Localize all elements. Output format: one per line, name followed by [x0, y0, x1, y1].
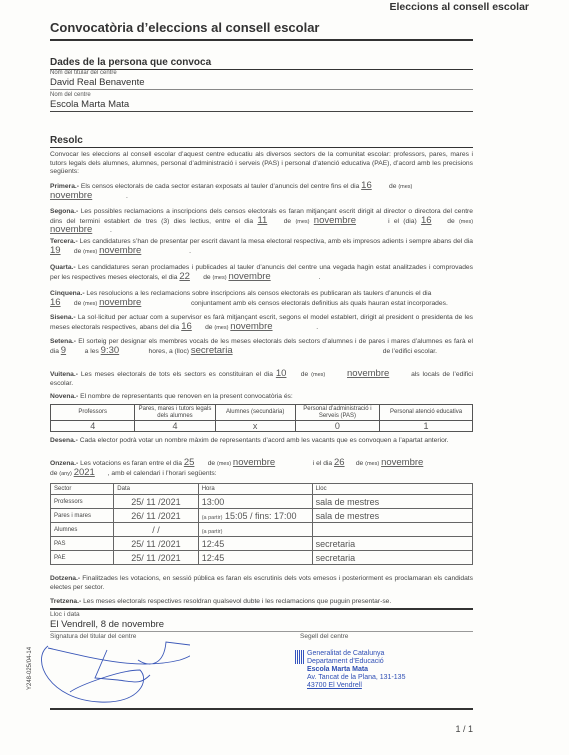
clause-sisena: Sisena.- La sol·licitud per actuar com a… — [50, 314, 473, 332]
holder-label: Nom del titular del centre — [50, 70, 117, 76]
date-cell: 25/ 11 /2021 — [114, 537, 198, 551]
form-code: Y248-025/04-14 — [27, 647, 33, 690]
clause-tercera: Tercera.- Les candidatures s’han de pres… — [50, 238, 473, 256]
month-field: novembre — [233, 459, 311, 468]
table-row: Alumnes/ /(a partir) — [51, 523, 473, 537]
time-cell: 12:45 — [198, 537, 312, 551]
year-field: 2021 — [74, 469, 108, 478]
header-pas: Personal d’administració i Serveis (PAS) — [295, 405, 379, 421]
header-professors: Professors — [51, 405, 135, 421]
place-cell: sala de mestres — [312, 509, 472, 523]
place-field: secretaria — [191, 347, 381, 356]
header-sector: Sector — [51, 484, 114, 495]
clause-dotzena: Dotzena.- Finalitzades les votacions, en… — [50, 575, 473, 592]
table-row: Professors25/ 11 /2021 13:00sala de mest… — [51, 495, 473, 509]
day-field: 16 — [421, 217, 443, 226]
intro-text: Convocar les eleccions al consell escola… — [50, 151, 473, 177]
table-row: PAE25/ 11 /2021 12:45secretaria — [51, 551, 473, 565]
month-field: novembre — [50, 226, 110, 235]
clause-novena: Novena.- El nombre de representants que … — [50, 393, 473, 402]
time-cell: 13:00 — [198, 495, 312, 509]
sector-cell: PAS — [51, 537, 114, 551]
month-field: novembre — [314, 217, 384, 226]
seal-label: Segell del centre — [300, 633, 348, 640]
date-cell: 25/ 11 /2021 — [114, 495, 198, 509]
header-place: Lloc — [312, 484, 472, 495]
month-field: novembre — [381, 459, 457, 468]
value-pas: 0 — [295, 421, 379, 432]
section-resolution: Resolc — [50, 135, 473, 148]
clause-label: Primera.- — [50, 183, 79, 190]
footer-divider — [50, 708, 473, 710]
header-students: Alumnes (secundària) — [215, 405, 295, 421]
place-cell — [312, 523, 472, 537]
school-seal: Generalitat de Catalunya Departament d’E… — [307, 650, 405, 690]
day-field: 9 — [61, 347, 83, 356]
sector-cell: Pares i mares — [51, 509, 114, 523]
month-field: novembre — [99, 299, 189, 308]
month-field: novembre — [230, 323, 316, 332]
day-field: 26 — [334, 459, 354, 468]
clause-cinquena: Cinquena.- Les resolucions a les reclama… — [50, 290, 473, 308]
time-cell: (a partir) — [198, 523, 312, 537]
sector-cell: Alumnes — [51, 523, 114, 537]
sector-cell: Professors — [51, 495, 114, 509]
month-field: novembre — [228, 273, 318, 282]
header-time: Hora — [198, 484, 312, 495]
day-field: 19 — [50, 247, 72, 256]
signature-label: Signatura del titular del centre — [50, 633, 136, 640]
place-date-value: El Vendrell, 8 de novembre — [50, 619, 473, 632]
voting-schedule-table: Sector Data Hora Lloc Professors25/ 11 /… — [50, 483, 473, 565]
clause-primera: Primera.- Els censos electorals de cada … — [50, 182, 473, 201]
value-pae: 1 — [380, 421, 473, 432]
document-title: Convocatòria d’eleccions al consell esco… — [50, 20, 473, 41]
clause-desena: Desena.- Cada elector podrà votar un nom… — [50, 437, 473, 446]
table-row: PAS25/ 11 /2021 12:45secretaria — [51, 537, 473, 551]
month-field: novembre — [50, 192, 126, 201]
page-number: 1 / 1 — [455, 724, 473, 734]
place-date-label: Lloc i data — [50, 611, 80, 618]
header-parents: Pares, mares i tutors legals dels alumne… — [135, 405, 215, 421]
place-cell: sala de mestres — [312, 495, 472, 509]
clause-onzena: Onzena.- Les votacions es faran entre el… — [50, 459, 473, 478]
month-field: novembre — [328, 370, 408, 379]
centre-label: Nom del centre — [50, 92, 91, 98]
clause-segona: Segona.- Les possibles reclamacions a in… — [50, 208, 473, 236]
value-students: x — [215, 421, 295, 432]
day-field: 10 — [276, 370, 298, 379]
place-cell: secretaria — [312, 551, 472, 565]
representatives-table: Professors Pares, mares i tutors legals … — [50, 404, 473, 432]
time-cell: (a partir) 15:05 / fins: 17:00 — [198, 509, 312, 523]
signature-drawing — [40, 640, 190, 710]
generalitat-logo-icon — [295, 650, 304, 664]
place-cell: secretaria — [312, 537, 472, 551]
centre-value: Escola Marta Mata — [50, 99, 473, 112]
day-field: 11 — [257, 217, 279, 226]
clause-vuitena: Vuitena.- Les meses electorals de tots e… — [50, 370, 473, 388]
month-field: novembre — [99, 247, 189, 256]
running-title: Eleccions al consell escolar — [390, 1, 530, 13]
header-date: Data — [114, 484, 198, 495]
clause-quarta: Quarta.- Les candidatures seran proclama… — [50, 264, 473, 282]
divider — [50, 608, 473, 610]
sector-cell: PAE — [51, 551, 114, 565]
clause-tretzena: Tretzena.- Les meses electorals respecti… — [50, 598, 473, 607]
date-cell: 25/ 11 /2021 — [114, 551, 198, 565]
day-field: 16 — [50, 299, 72, 308]
day-field: 22 — [179, 273, 201, 282]
table-row: Pares i mares26/ 11 /2021(a partir) 15:0… — [51, 509, 473, 523]
holder-value: David Real Benavente — [50, 77, 473, 90]
date-cell: 26/ 11 /2021 — [114, 509, 198, 523]
value-professors: 4 — [51, 421, 135, 432]
day-field: 16 — [181, 323, 203, 332]
date-cell: / / — [114, 523, 198, 537]
clause-setena: Setena.- El sorteig per designar els mem… — [50, 338, 473, 356]
section-convener: Dades de la persona que convoca — [50, 57, 473, 70]
value-parents: 4 — [135, 421, 215, 432]
header-pae: Personal atenció educativa — [380, 405, 473, 421]
time-cell: 12:45 — [198, 551, 312, 565]
time-field: 9:30 — [101, 347, 147, 356]
day-field: 25 — [184, 459, 206, 468]
day-field: 16 — [361, 182, 387, 191]
